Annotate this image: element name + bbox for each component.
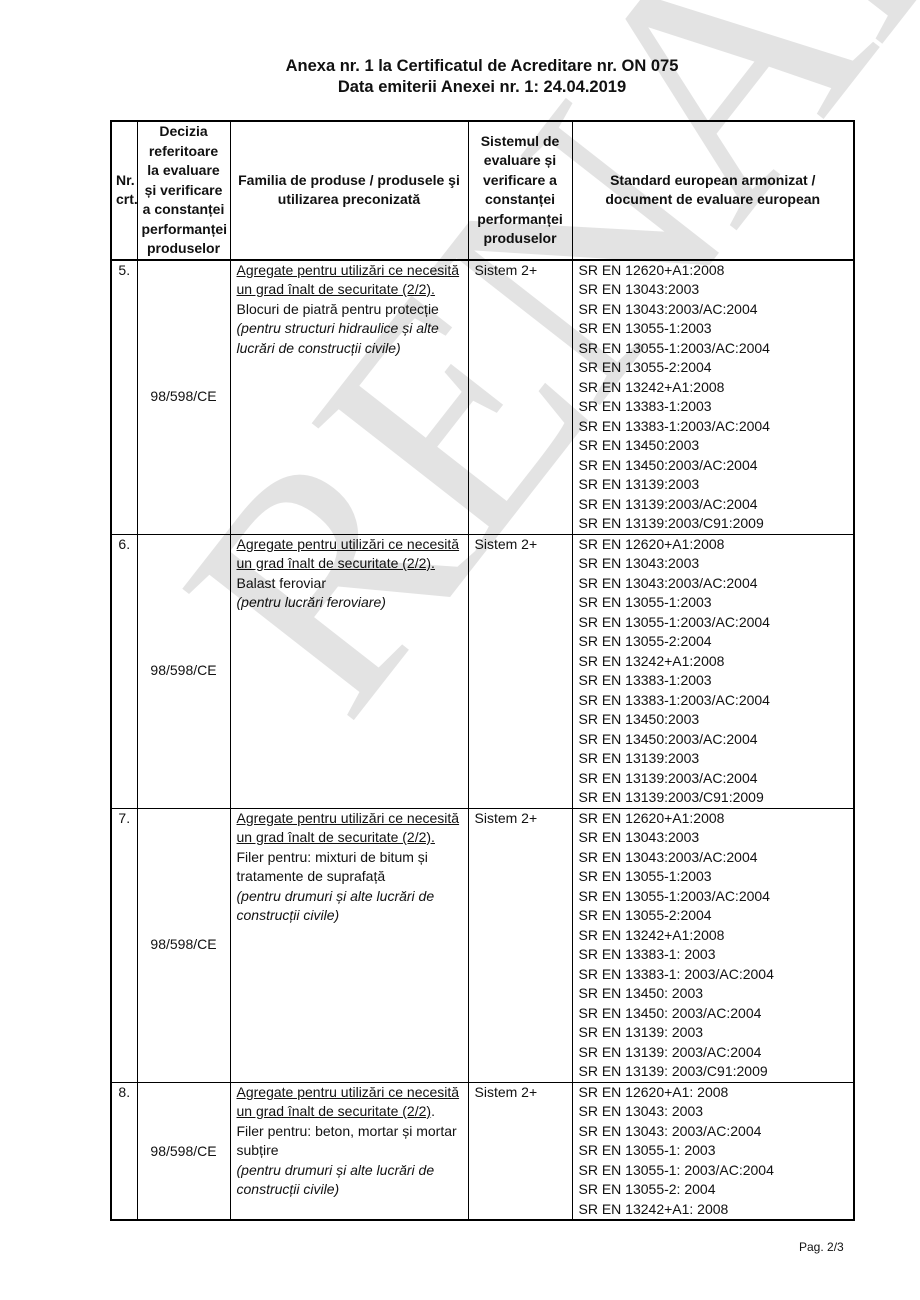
intended-use: (pentru drumuri și alte lucrări de const… bbox=[237, 1162, 435, 1198]
standard-item: SR EN 13450:2003/AC:2004 bbox=[579, 730, 848, 750]
standard-item: SR EN 13383-1:2003/AC:2004 bbox=[579, 417, 848, 437]
standard-item: SR EN 13139:2003/C91:2009 bbox=[579, 514, 848, 534]
standard-item: SR EN 13043: 2003/AC:2004 bbox=[579, 1122, 848, 1142]
standard-item: SR EN 13450:2003 bbox=[579, 710, 848, 730]
standard-item: SR EN 13055-1:2003/AC:2004 bbox=[579, 339, 848, 359]
standard-item: SR EN 13139:2003/C91:2009 bbox=[579, 788, 848, 808]
product-name: Blocuri de piatră pentru protecție bbox=[237, 301, 439, 317]
product-name: Balast feroviar bbox=[237, 575, 326, 591]
standard-item: SR EN 13383-1:2003/AC:2004 bbox=[579, 691, 848, 711]
decision-reference: 98/598/CE bbox=[137, 1082, 230, 1220]
standard-item: SR EN 13043:2003 bbox=[579, 280, 848, 300]
column-header-standard: Standard european armonizat / document d… bbox=[572, 121, 854, 260]
standard-item: SR EN 13383-1: 2003/AC:2004 bbox=[579, 965, 848, 985]
column-header-nr: Nr. crt. bbox=[111, 121, 137, 260]
table-row: 8.98/598/CEAgregate pentru utilizări ce … bbox=[111, 1082, 854, 1220]
intended-use: (pentru structuri hidraulice și alte luc… bbox=[237, 320, 439, 356]
row-number: 5. bbox=[111, 260, 137, 535]
intended-use: (pentru lucrări feroviare) bbox=[237, 594, 386, 610]
standard-item: SR EN 13450:2003/AC:2004 bbox=[579, 456, 848, 476]
table-row: 7.98/598/CEAgregate pentru utilizări ce … bbox=[111, 808, 854, 1082]
assessment-system: Sistem 2+ bbox=[468, 260, 572, 535]
standard-item: SR EN 13055-1:2003/AC:2004 bbox=[579, 887, 848, 907]
standard-item: SR EN 12620+A1:2008 bbox=[579, 261, 848, 281]
standard-item: SR EN 13242+A1:2008 bbox=[579, 378, 848, 398]
product-family-title: Agregate pentru utilizări ce necesită un… bbox=[237, 262, 460, 298]
standard-item: SR EN 13242+A1: 2008 bbox=[579, 1200, 848, 1220]
standard-item: SR EN 13043:2003 bbox=[579, 828, 848, 848]
standard-item: SR EN 13450:2003 bbox=[579, 436, 848, 456]
standard-item: SR EN 13055-2:2004 bbox=[579, 632, 848, 652]
standard-item: SR EN 13450: 2003 bbox=[579, 984, 848, 1004]
standard-item: SR EN 13242+A1:2008 bbox=[579, 652, 848, 672]
standard-item: SR EN 13242+A1:2008 bbox=[579, 926, 848, 946]
document-title: Anexa nr. 1 la Certificatul de Acreditar… bbox=[0, 56, 920, 98]
product-family-cell: Agregate pentru utilizări ce necesită un… bbox=[230, 260, 468, 535]
product-name: Filer pentru: beton, mortar și mortar su… bbox=[237, 1123, 457, 1159]
standard-item: SR EN 13139:2003 bbox=[579, 749, 848, 769]
standard-item: SR EN 13450: 2003/AC:2004 bbox=[579, 1004, 848, 1024]
standard-item: SR EN 13043:2003/AC:2004 bbox=[579, 300, 848, 320]
standard-item: SR EN 13383-1:2003 bbox=[579, 397, 848, 417]
row-number: 6. bbox=[111, 534, 137, 808]
standard-item: SR EN 13043: 2003 bbox=[579, 1102, 848, 1122]
standards-cell: SR EN 12620+A1:2008SR EN 13043:2003SR EN… bbox=[572, 260, 854, 535]
accreditation-annex-table: Nr. crt. Decizia referitoare la evaluare… bbox=[110, 120, 855, 1221]
assessment-system: Sistem 2+ bbox=[468, 534, 572, 808]
standard-item: SR EN 13139:2003/AC:2004 bbox=[579, 769, 848, 789]
standard-item: SR EN 13055-2:2004 bbox=[579, 906, 848, 926]
page-number: Pag. 2/3 bbox=[799, 1240, 844, 1254]
decision-reference: 98/598/CE bbox=[137, 808, 230, 1082]
standard-item: SR EN 13383-1: 2003 bbox=[579, 945, 848, 965]
standard-item: SR EN 13139: 2003/C91:2009 bbox=[579, 1062, 848, 1082]
standard-item: SR EN 13139:2003 bbox=[579, 475, 848, 495]
standard-item: SR EN 13055-1:2003 bbox=[579, 867, 848, 887]
decision-reference: 98/598/CE bbox=[137, 260, 230, 535]
standards-cell: SR EN 12620+A1: 2008SR EN 13043: 2003SR … bbox=[572, 1082, 854, 1220]
column-header-decision: Decizia referitoare la evaluare și verif… bbox=[137, 121, 230, 260]
standard-item: SR EN 13055-1:2003/AC:2004 bbox=[579, 613, 848, 633]
assessment-system: Sistem 2+ bbox=[468, 1082, 572, 1220]
table-row: 5.98/598/CEAgregate pentru utilizări ce … bbox=[111, 260, 854, 535]
product-name: Filer pentru: mixturi de bitum și tratam… bbox=[237, 849, 428, 885]
intended-use: (pentru drumuri și alte lucrări de const… bbox=[237, 888, 435, 924]
standards-cell: SR EN 12620+A1:2008SR EN 13043:2003SR EN… bbox=[572, 534, 854, 808]
column-header-product-family: Familia de produse / produsele şi utiliz… bbox=[230, 121, 468, 260]
standard-item: SR EN 12620+A1:2008 bbox=[579, 809, 848, 829]
assessment-system: Sistem 2+ bbox=[468, 808, 572, 1082]
standard-item: SR EN 13043:2003 bbox=[579, 554, 848, 574]
product-family-title: Agregate pentru utilizări ce necesită un… bbox=[237, 810, 460, 846]
standards-cell: SR EN 12620+A1:2008SR EN 13043:2003SR EN… bbox=[572, 808, 854, 1082]
standard-item: SR EN 12620+A1: 2008 bbox=[579, 1083, 848, 1103]
product-family-cell: Agregate pentru utilizări ce necesită un… bbox=[230, 534, 468, 808]
standard-item: SR EN 13055-2: 2004 bbox=[579, 1180, 848, 1200]
decision-reference: 98/598/CE bbox=[137, 534, 230, 808]
standard-item: SR EN 13055-1:2003 bbox=[579, 593, 848, 613]
standard-item: SR EN 13055-1: 2003/AC:2004 bbox=[579, 1161, 848, 1181]
standard-item: SR EN 13043:2003/AC:2004 bbox=[579, 848, 848, 868]
row-number: 8. bbox=[111, 1082, 137, 1220]
product-family-title: Agregate pentru utilizări ce necesită un… bbox=[237, 536, 460, 572]
standard-item: SR EN 13055-2:2004 bbox=[579, 358, 848, 378]
product-family-cell: Agregate pentru utilizări ce necesită un… bbox=[230, 1082, 468, 1220]
standard-item: SR EN 13139: 2003 bbox=[579, 1023, 848, 1043]
column-header-system: Sistemul de evaluare și verificare a con… bbox=[468, 121, 572, 260]
standard-item: SR EN 13139:2003/AC:2004 bbox=[579, 495, 848, 515]
standard-item: SR EN 13383-1:2003 bbox=[579, 671, 848, 691]
product-family-title: Agregate pentru utilizări ce necesită un… bbox=[237, 1084, 460, 1120]
row-number: 7. bbox=[111, 808, 137, 1082]
standard-item: SR EN 13139: 2003/AC:2004 bbox=[579, 1043, 848, 1063]
product-family-cell: Agregate pentru utilizări ce necesită un… bbox=[230, 808, 468, 1082]
table-row: 6.98/598/CEAgregate pentru utilizări ce … bbox=[111, 534, 854, 808]
title-line-1: Anexa nr. 1 la Certificatul de Acreditar… bbox=[0, 56, 920, 77]
product-family-title-tail: . bbox=[431, 1103, 435, 1119]
standard-item: SR EN 13055-1: 2003 bbox=[579, 1141, 848, 1161]
title-line-2: Data emiterii Anexei nr. 1: 24.04.2019 bbox=[0, 77, 920, 98]
standard-item: SR EN 13043:2003/AC:2004 bbox=[579, 574, 848, 594]
table-header-row: Nr. crt. Decizia referitoare la evaluare… bbox=[111, 121, 854, 260]
standard-item: SR EN 12620+A1:2008 bbox=[579, 535, 848, 555]
standard-item: SR EN 13055-1:2003 bbox=[579, 319, 848, 339]
